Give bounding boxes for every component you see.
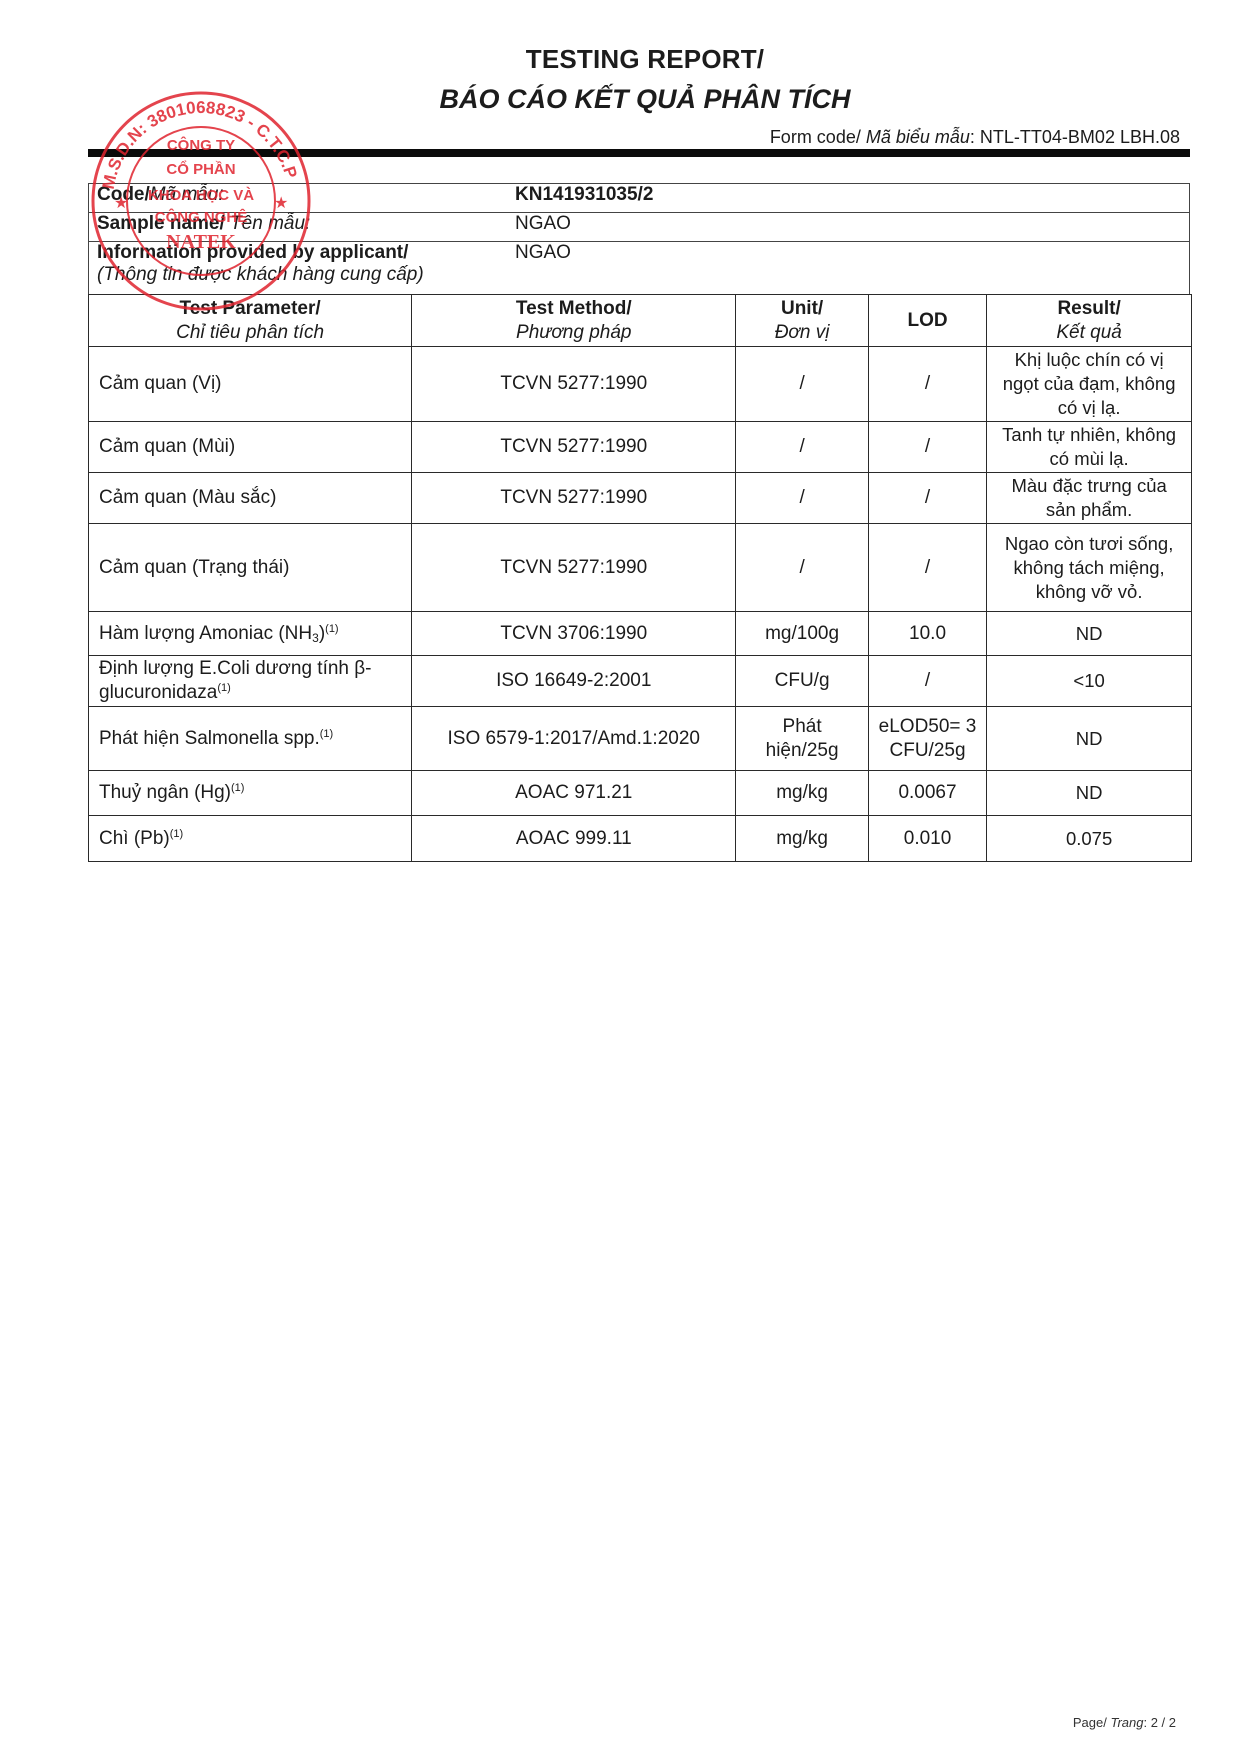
table-row: Cảm quan (Vị)TCVN 5277:1990//Khị luộc ch… — [89, 347, 1192, 422]
header-unit: Unit/Đơn vị — [736, 295, 868, 347]
header-lod: LOD — [868, 295, 986, 347]
sample-name-label: Sample name/ — [97, 213, 225, 234]
cell-method: ISO 16649-2:2001 — [412, 656, 736, 707]
cell-unit: / — [736, 347, 868, 422]
form-code-label-en: Form code/ — [770, 127, 861, 147]
header-parameter: Test Parameter/Chỉ tiêu phân tích — [89, 295, 412, 347]
form-code-value: : NTL-TT04-BM02 LBH.08 — [970, 127, 1180, 147]
cell-parameter: Cảm quan (Vị) — [89, 347, 412, 422]
cell-unit: / — [736, 524, 868, 612]
cell-result: Ngao còn tươi sống, không tách miệng, kh… — [987, 524, 1192, 612]
results-body: Cảm quan (Vị)TCVN 5277:1990//Khị luộc ch… — [89, 347, 1192, 862]
cell-lod: / — [868, 347, 986, 422]
cell-parameter: Hàm lượng Amoniac (NH3)(1) — [89, 612, 412, 656]
form-code-label-vi: Mã biểu mẫu — [866, 127, 970, 147]
cell-parameter: Phát hiện Salmonella spp.(1) — [89, 707, 412, 771]
info-row-applicant: Information provided by applicant/(Thông… — [89, 242, 1190, 295]
table-row: Thuỷ ngân (Hg)(1)AOAC 971.21mg/kg0.0067N… — [89, 771, 1192, 816]
cell-parameter: Thuỷ ngân (Hg)(1) — [89, 771, 412, 816]
cell-result: <10 — [987, 656, 1192, 707]
table-row: Phát hiện Salmonella spp.(1)ISO 6579-1:2… — [89, 707, 1192, 771]
cell-method: TCVN 5277:1990 — [412, 524, 736, 612]
cell-method: TCVN 5277:1990 — [412, 347, 736, 422]
cell-result: Màu đặc trưng của sản phẩm. — [987, 473, 1192, 524]
cell-unit: CFU/g — [736, 656, 868, 707]
report-title-en: TESTING REPORT/ — [0, 44, 1244, 75]
results-header-row: Test Parameter/Chỉ tiêu phân tích Test M… — [89, 295, 1192, 347]
cell-method: AOAC 971.21 — [412, 771, 736, 816]
form-code: Form code/ Mã biểu mẫu: NTL-TT04-BM02 LB… — [770, 127, 1180, 148]
cell-method: AOAC 999.11 — [412, 816, 736, 862]
cell-unit: Phát hiện/25g — [736, 707, 868, 771]
cell-lod: eLOD50= 3 CFU/25g — [868, 707, 986, 771]
header-method: Test Method/Phương pháp — [412, 295, 736, 347]
cell-lod: 10.0 — [868, 612, 986, 656]
cell-parameter: Cảm quan (Màu sắc) — [89, 473, 412, 524]
cell-method: TCVN 5277:1990 — [412, 422, 736, 473]
cell-unit: / — [736, 473, 868, 524]
code-label: Code/ — [97, 184, 150, 205]
report-title-vi: BÁO CÁO KẾT QUẢ PHÂN TÍCH — [0, 84, 1244, 115]
cell-result: 0.075 — [987, 816, 1192, 862]
sample-info-table: Code/Mã mẫu: KN141931035/2 Sample name/ … — [88, 183, 1190, 294]
cell-lod: / — [868, 473, 986, 524]
applicant-value: NGAO — [507, 242, 1190, 295]
code-label-vi: Mã mẫu: — [150, 184, 224, 205]
cell-parameter: Cảm quan (Trạng thái) — [89, 524, 412, 612]
cell-lod: / — [868, 524, 986, 612]
code-value: KN141931035/2 — [515, 184, 653, 205]
sample-name-value: NGAO — [507, 213, 1190, 242]
cell-result: ND — [987, 612, 1192, 656]
header-result: Result/Kết quả — [987, 295, 1192, 347]
sample-name-label-vi: Tên mẫu: — [230, 213, 310, 234]
table-row: Chì (Pb)(1)AOAC 999.11mg/kg0.0100.075 — [89, 816, 1192, 862]
cell-result: Khị luộc chín có vị ngọt của đạm, không … — [987, 347, 1192, 422]
cell-parameter: Cảm quan (Mùi) — [89, 422, 412, 473]
info-row-sample-name: Sample name/ Tên mẫu: NGAO — [89, 213, 1190, 242]
table-row: Hàm lượng Amoniac (NH3)(1)TCVN 3706:1990… — [89, 612, 1192, 656]
cell-unit: / — [736, 422, 868, 473]
cell-lod: 0.0067 — [868, 771, 986, 816]
page-number: Page/ Trang: 2 / 2 — [1073, 1715, 1176, 1730]
cell-parameter: Định lượng E.Coli dương tính β-glucuroni… — [89, 656, 412, 707]
table-row: Định lượng E.Coli dương tính β-glucuroni… — [89, 656, 1192, 707]
cell-result: Tanh tự nhiên, không có mùi lạ. — [987, 422, 1192, 473]
cell-parameter: Chì (Pb)(1) — [89, 816, 412, 862]
cell-method: TCVN 3706:1990 — [412, 612, 736, 656]
cell-method: ISO 6579-1:2017/Amd.1:2020 — [412, 707, 736, 771]
cell-lod: / — [868, 656, 986, 707]
table-row: Cảm quan (Trạng thái)TCVN 5277:1990//Nga… — [89, 524, 1192, 612]
cell-unit: mg/100g — [736, 612, 868, 656]
cell-unit: mg/kg — [736, 816, 868, 862]
cell-result: ND — [987, 771, 1192, 816]
table-row: Cảm quan (Mùi)TCVN 5277:1990//Tanh tự nh… — [89, 422, 1192, 473]
cell-unit: mg/kg — [736, 771, 868, 816]
table-row: Cảm quan (Màu sắc)TCVN 5277:1990//Màu đặ… — [89, 473, 1192, 524]
cell-method: TCVN 5277:1990 — [412, 473, 736, 524]
applicant-label-vi: (Thông tin được khách hàng cung cấp) — [97, 264, 424, 285]
cell-lod: / — [868, 422, 986, 473]
cell-result: ND — [987, 707, 1192, 771]
info-row-code: Code/Mã mẫu: KN141931035/2 — [89, 184, 1190, 213]
stamp-line-2: CỔ PHẦN — [166, 160, 235, 178]
applicant-label: Information provided by applicant/ — [97, 242, 408, 263]
cell-lod: 0.010 — [868, 816, 986, 862]
results-table: Test Parameter/Chỉ tiêu phân tích Test M… — [88, 294, 1192, 862]
header-divider — [88, 149, 1190, 157]
